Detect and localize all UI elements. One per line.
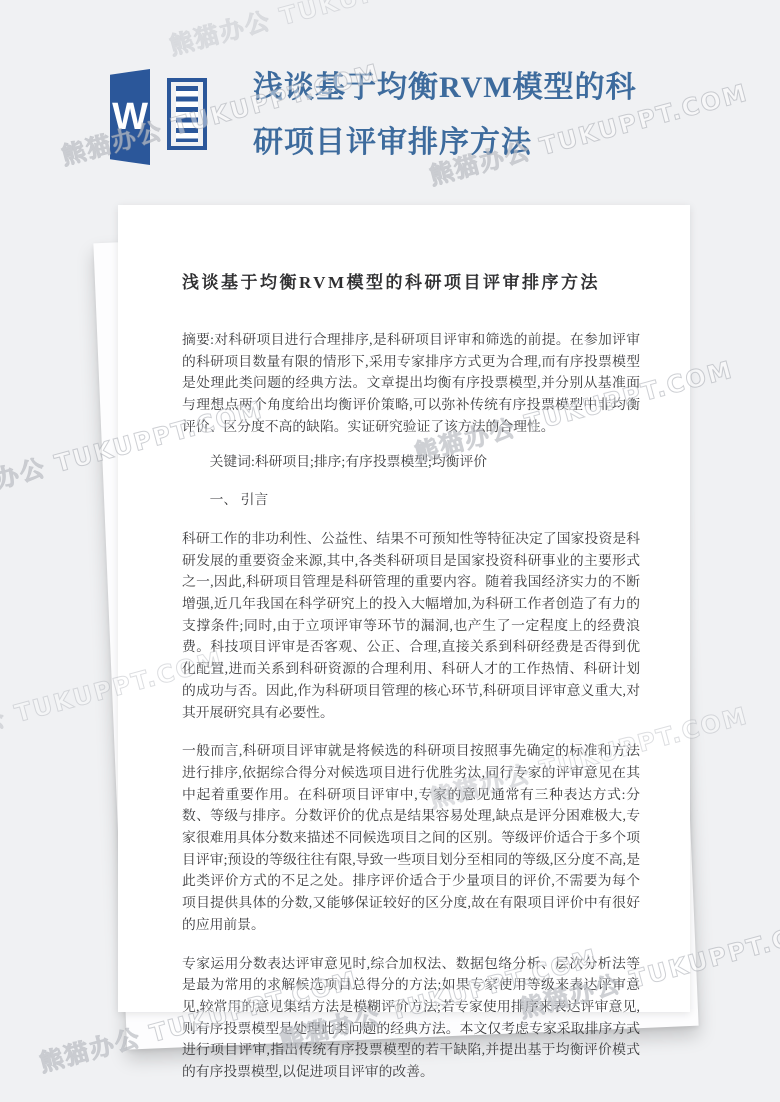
header: W 浅谈基于均衡RVM模型的科研项目评审排序方法 <box>0 0 780 200</box>
word-file-icon: W <box>110 66 210 168</box>
doc-paragraph-1: 科研工作的非功利性、公益性、结果不可预知性等特征决定了国家投资是科研发展的重要资… <box>182 528 640 723</box>
doc-paragraph-3: 专家运用分数表达评审意见时,综合加权法、数据包络分析、层次分析法等是最为常用的求… <box>182 953 640 1083</box>
doc-paragraph-2: 一般而言,科研项目评审就是将候选的科研项目按照事先确定的标准和方法进行排序,依据… <box>182 740 640 935</box>
document-page: 浅谈基于均衡RVM模型的科研项目评审排序方法 摘要:对科研项目进行合理排序,是科… <box>118 205 690 1012</box>
doc-keywords: 关键词:科研项目;排序;有序投票模型;均衡评价 <box>182 451 640 473</box>
document-lines-icon <box>167 78 207 150</box>
doc-section-heading: 一、 引言 <box>182 489 640 511</box>
preview-background: W 浅谈基于均衡RVM模型的科研项目评审排序方法 浅谈基于均衡RVM模型的科研项… <box>0 0 780 1102</box>
doc-abstract: 摘要:对科研项目进行合理排序,是科研项目评审和筛选的前提。在参加评审的科研项目数… <box>182 329 640 438</box>
doc-title: 浅谈基于均衡RVM模型的科研项目评审排序方法 <box>182 271 640 295</box>
word-letter: W <box>112 98 148 136</box>
word-w-panel-icon: W <box>110 69 150 165</box>
file-title-link[interactable]: 浅谈基于均衡RVM模型的科研项目评审排序方法 <box>253 60 645 170</box>
